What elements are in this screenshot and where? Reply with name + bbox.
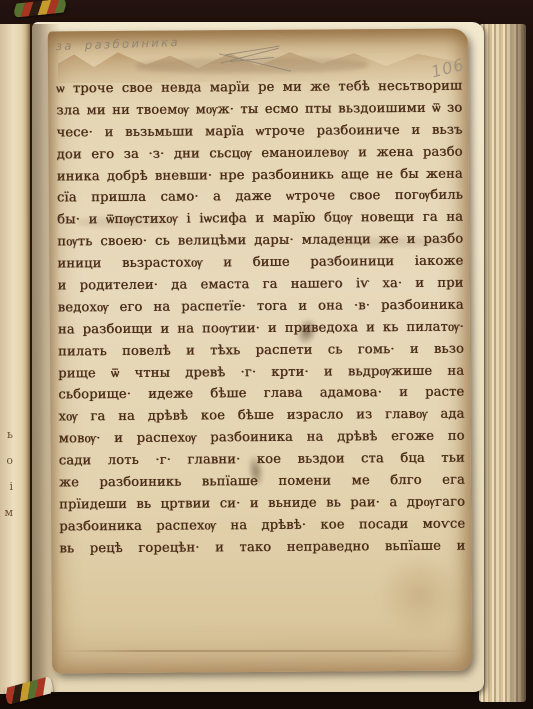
manuscript-page: за разбоиника 106 ѡ троче свое невда мар… <box>48 29 472 674</box>
text-line: пилать повелѣ и тѣхь распети сь гомь· и … <box>58 338 464 363</box>
verso-fragment: і <box>0 474 13 500</box>
text-line: разбоиника распехѹ на дрѣвѣ· кое посади … <box>59 513 465 538</box>
text-line: иници вьзрастохѹ и бише разбоиници іакож… <box>57 251 463 276</box>
text-line: прїидеши вь цртвии си· и вьниде вь раи· … <box>59 491 465 516</box>
text-line: пѹть своею· сь велицѣми дары· младенци ж… <box>57 229 463 254</box>
verso-fragment: о <box>0 448 13 474</box>
text-line: мовѹ· и распехѹ разбоиника на дрѣвѣ егож… <box>59 426 465 451</box>
text-line: сади лоть ·г· главни· кое вьздои ста бца… <box>59 448 465 473</box>
verso-fragment: ь <box>0 422 13 448</box>
text-line: на разбоищи и на поѹтии· и приведоха и к… <box>58 316 464 341</box>
text-line: сьборище· идеже бѣше глава адамова· и ра… <box>58 382 464 407</box>
book-photo: ь о і м за разбоиника 106 ѡ троче свое н… <box>0 0 533 709</box>
text-line: же разбоиникь вьпїаше помени ме блго ега <box>59 470 465 495</box>
text-line: чесе· и вьзьмьши марїа ѡтроче разбоиниче… <box>56 119 462 144</box>
text-line: ѡ троче свое невда марїи ре ми же тебѣ н… <box>56 76 462 101</box>
text-block: ѡ троче свое невда марїи ре ми же тебѣ н… <box>56 76 465 560</box>
text-line: вь рецѣ горецѣн· и тако неправедно вьпїа… <box>59 535 465 560</box>
fold-crease <box>58 650 466 652</box>
fore-edge-page-stack <box>479 24 526 702</box>
text-line: сїа пришла само· а даже ѡтроче свое погѹ… <box>57 185 463 210</box>
text-line: ведохѹ его на распетїе· тога и она ·в· р… <box>58 294 464 319</box>
text-line: хѹ га на дрѣвѣ кое бѣше израсло из главѹ… <box>58 404 464 429</box>
text-line: бы· и ѿпѹстихѹ і іѡсифа и марїю бцѹ нове… <box>57 207 463 232</box>
text-line: дои его за ·з· дни сьсцѹ еманоилевѹ и же… <box>57 141 463 166</box>
corner-stain <box>377 553 462 638</box>
verso-fragment: м <box>0 500 13 526</box>
text-line: иника добрѣ вневши· нре разбоиникь аще н… <box>57 163 463 188</box>
text-line: и родителеи· да емаста га нашего іѵ ха· … <box>57 273 463 298</box>
text-line: рище ѿ чтны древѣ ·г· крти· и вьдрѹжише … <box>58 360 464 385</box>
facing-page-edge: ь о і м <box>0 24 30 694</box>
endband-top <box>13 0 66 18</box>
pencil-scribble-marks <box>216 42 294 69</box>
text-line: зла ми ни твоемѹ мѹж· ты есмо пты вьздои… <box>56 97 462 122</box>
pencil-inscription: за разбоиника <box>56 35 180 53</box>
verso-ink-fragments: ь о і м <box>0 422 13 526</box>
